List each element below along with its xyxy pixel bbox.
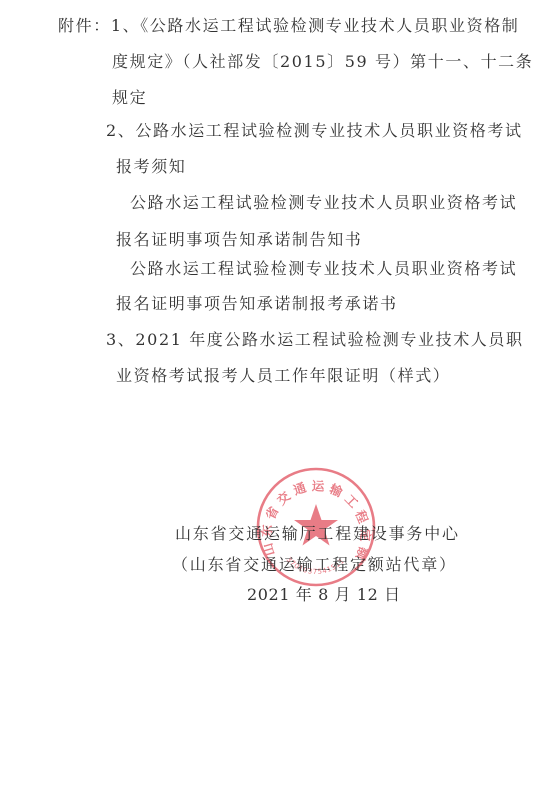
item-2-line-1: 2、公路水运工程试验检测专业技术人员职业资格考试 [106,121,523,141]
item-2-text-line-1: 公路水运工程试验检测专业技术人员职业资格考试 [135,121,522,140]
item-1-line-3: 规定 [112,88,147,108]
item-2-sub-1-line-1: 公路水运工程试验检测专业技术人员职业资格考试 [130,193,517,213]
item-2-sub-2-line-2: 报名证明事项告知承诺制报考承诺书 [116,294,398,314]
item-2-sub-1-line-2: 报名证明事项告知承诺制告知书 [116,230,362,250]
item-2-line-2: 报考须知 [116,157,186,177]
item-2-number: 2、 [106,121,135,140]
attachment-line: 附件：1、《公路水运工程试验检测专业技术人员职业资格制 [58,16,519,36]
attachments-label: 附件： [58,16,111,35]
signature-organization: 山东省交通运输厅工程建设事务中心 [175,524,460,544]
item-1-number: 1、 [111,16,140,35]
item-3-line-2: 业资格考试报考人员工作年限证明（样式） [116,366,450,386]
document-page: 附件：1、《公路水运工程试验检测专业技术人员职业资格制 度规定》（人社部发〔20… [0,0,551,799]
item-2-sub-2-line-1: 公路水运工程试验检测专业技术人员职业资格考试 [130,259,517,279]
item-1-text-line-1: 《公路水运工程试验检测专业技术人员职业资格制 [140,16,519,35]
item-3-line-1: 3、2021 年度公路水运工程试验检测专业技术人员职 [106,330,524,350]
item-3-text-line-1: 2021 年度公路水运工程试验检测专业技术人员职 [135,330,523,349]
signature-proxy-seal-note: （山东省交通运输工程定额站代章） [172,555,457,575]
item-1-line-2: 度规定》（人社部发〔2015〕59 号）第十一、十二条 [112,52,533,72]
signature-date: 2021 年 8 月 12 日 [247,585,401,605]
item-3-number: 3、 [106,330,135,349]
